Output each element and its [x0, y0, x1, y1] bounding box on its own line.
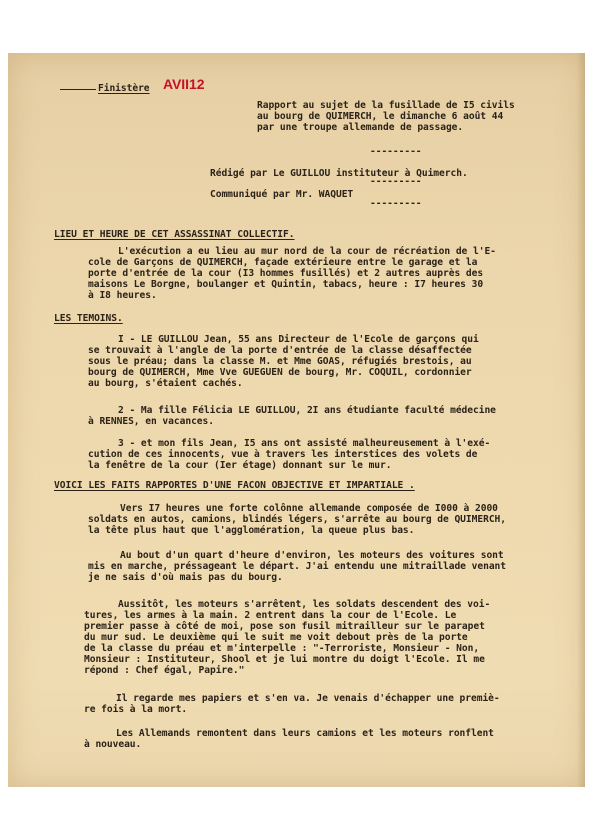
separator: ---------: [370, 176, 422, 187]
separator: ---------: [370, 146, 422, 157]
report-title-line-3: par une troupe allemande de passage.: [257, 122, 463, 133]
text-line: mis en marche, préssageant le départ. J'…: [88, 561, 506, 572]
text-line: sous le préau; dans la classe M. et Mme …: [88, 356, 472, 367]
author-line: Rédigé par Le GUILLOU instituteur à Quim…: [210, 168, 468, 179]
text-line: I - LE GUILLOU Jean, 55 ans Directeur de…: [118, 334, 479, 345]
archive-annotation: AVII12: [163, 79, 204, 90]
leading-dash: [60, 89, 96, 90]
text-line: premier passe à côté de moi, pose son fu…: [84, 621, 485, 632]
text-line: bourg de QUIMERCH, Mme Vve GUEGUEN de bo…: [88, 367, 472, 378]
text-line: tures, les armes à la main. 2 entrent da…: [84, 610, 456, 621]
text-line: Aussitôt, les moteurs s'arrêtent, les so…: [118, 599, 490, 610]
report-title-line-2: au bourg de QUIMERCH, le dimanche 6 août…: [257, 111, 503, 122]
document-page: Finistère AVII12 Rapport au sujet de la …: [8, 53, 585, 787]
communicated-line: Communiqué par Mr. WAQUET: [210, 189, 353, 200]
text-line: je ne sais d'où mais pas du bourg.: [88, 572, 283, 583]
text-line: de la classe du préau et m'interpelle : …: [84, 643, 479, 654]
text-line: Au bout d'un quart d'heure d'environ, le…: [120, 550, 504, 561]
text-line: la tête plus haut que l'agglomération, l…: [88, 525, 414, 536]
region-label: Finistère: [98, 83, 150, 94]
text-line: 2 - Ma fille Félicia LE GUILLOU, 2I ans …: [118, 405, 496, 416]
text-line: soldats en autos, camions, blindés léger…: [88, 514, 506, 525]
text-line: se trouvait à l'angle de la porte d'entr…: [88, 345, 472, 356]
text-line: re fois à la mort.: [84, 704, 187, 715]
text-line: au bourg, s'étaient cachés.: [88, 378, 243, 389]
text-line: Il regarde mes papiers et s'en va. Je ve…: [116, 693, 500, 704]
text-line: cution de ces innocents, vue à travers l…: [88, 449, 477, 460]
text-line: Les Allemands remontent dans leurs camio…: [116, 728, 494, 739]
text-line: répond : Chef égal, Papire.": [84, 665, 244, 676]
text-line: à I8 heures.: [88, 290, 157, 301]
section-heading: LIEU ET HEURE DE CET ASSASSINAT COLLECTI…: [54, 229, 295, 240]
section-heading: VOICI LES FAITS RAPPORTES D'UNE FACON OB…: [54, 480, 415, 491]
text-line: à RENNES, en vacances.: [88, 416, 214, 427]
text-line: 3 - et mon fils Jean, I5 ans ont assisté…: [118, 438, 490, 449]
text-line: du mur sud. Le deuxième qui le suit me v…: [84, 632, 468, 643]
text-line: à nouveau.: [84, 739, 141, 750]
report-title-line-1: Rapport au sujet de la fusillade de I5 c…: [257, 100, 515, 111]
section-heading: LES TEMOINS.: [54, 313, 123, 324]
text-line: Monsieur : Instituteur, Shool et je lui …: [84, 654, 485, 665]
separator: ---------: [370, 198, 422, 209]
text-line: Vers I7 heures une forte colônne alleman…: [120, 503, 498, 514]
text-line: la fenêtre de la cour (Ier étage) donnan…: [88, 460, 391, 471]
text-line: cole de Garçons de QUIMERCH, façade exté…: [88, 257, 477, 268]
text-line: maisons Le Borgne, boulanger et Quintin,…: [88, 279, 483, 290]
text-line: L'exécution a eu lieu au mur nord de la …: [118, 246, 496, 257]
text-line: porte d'entrée de la cour (I3 hommes fus…: [88, 268, 483, 279]
